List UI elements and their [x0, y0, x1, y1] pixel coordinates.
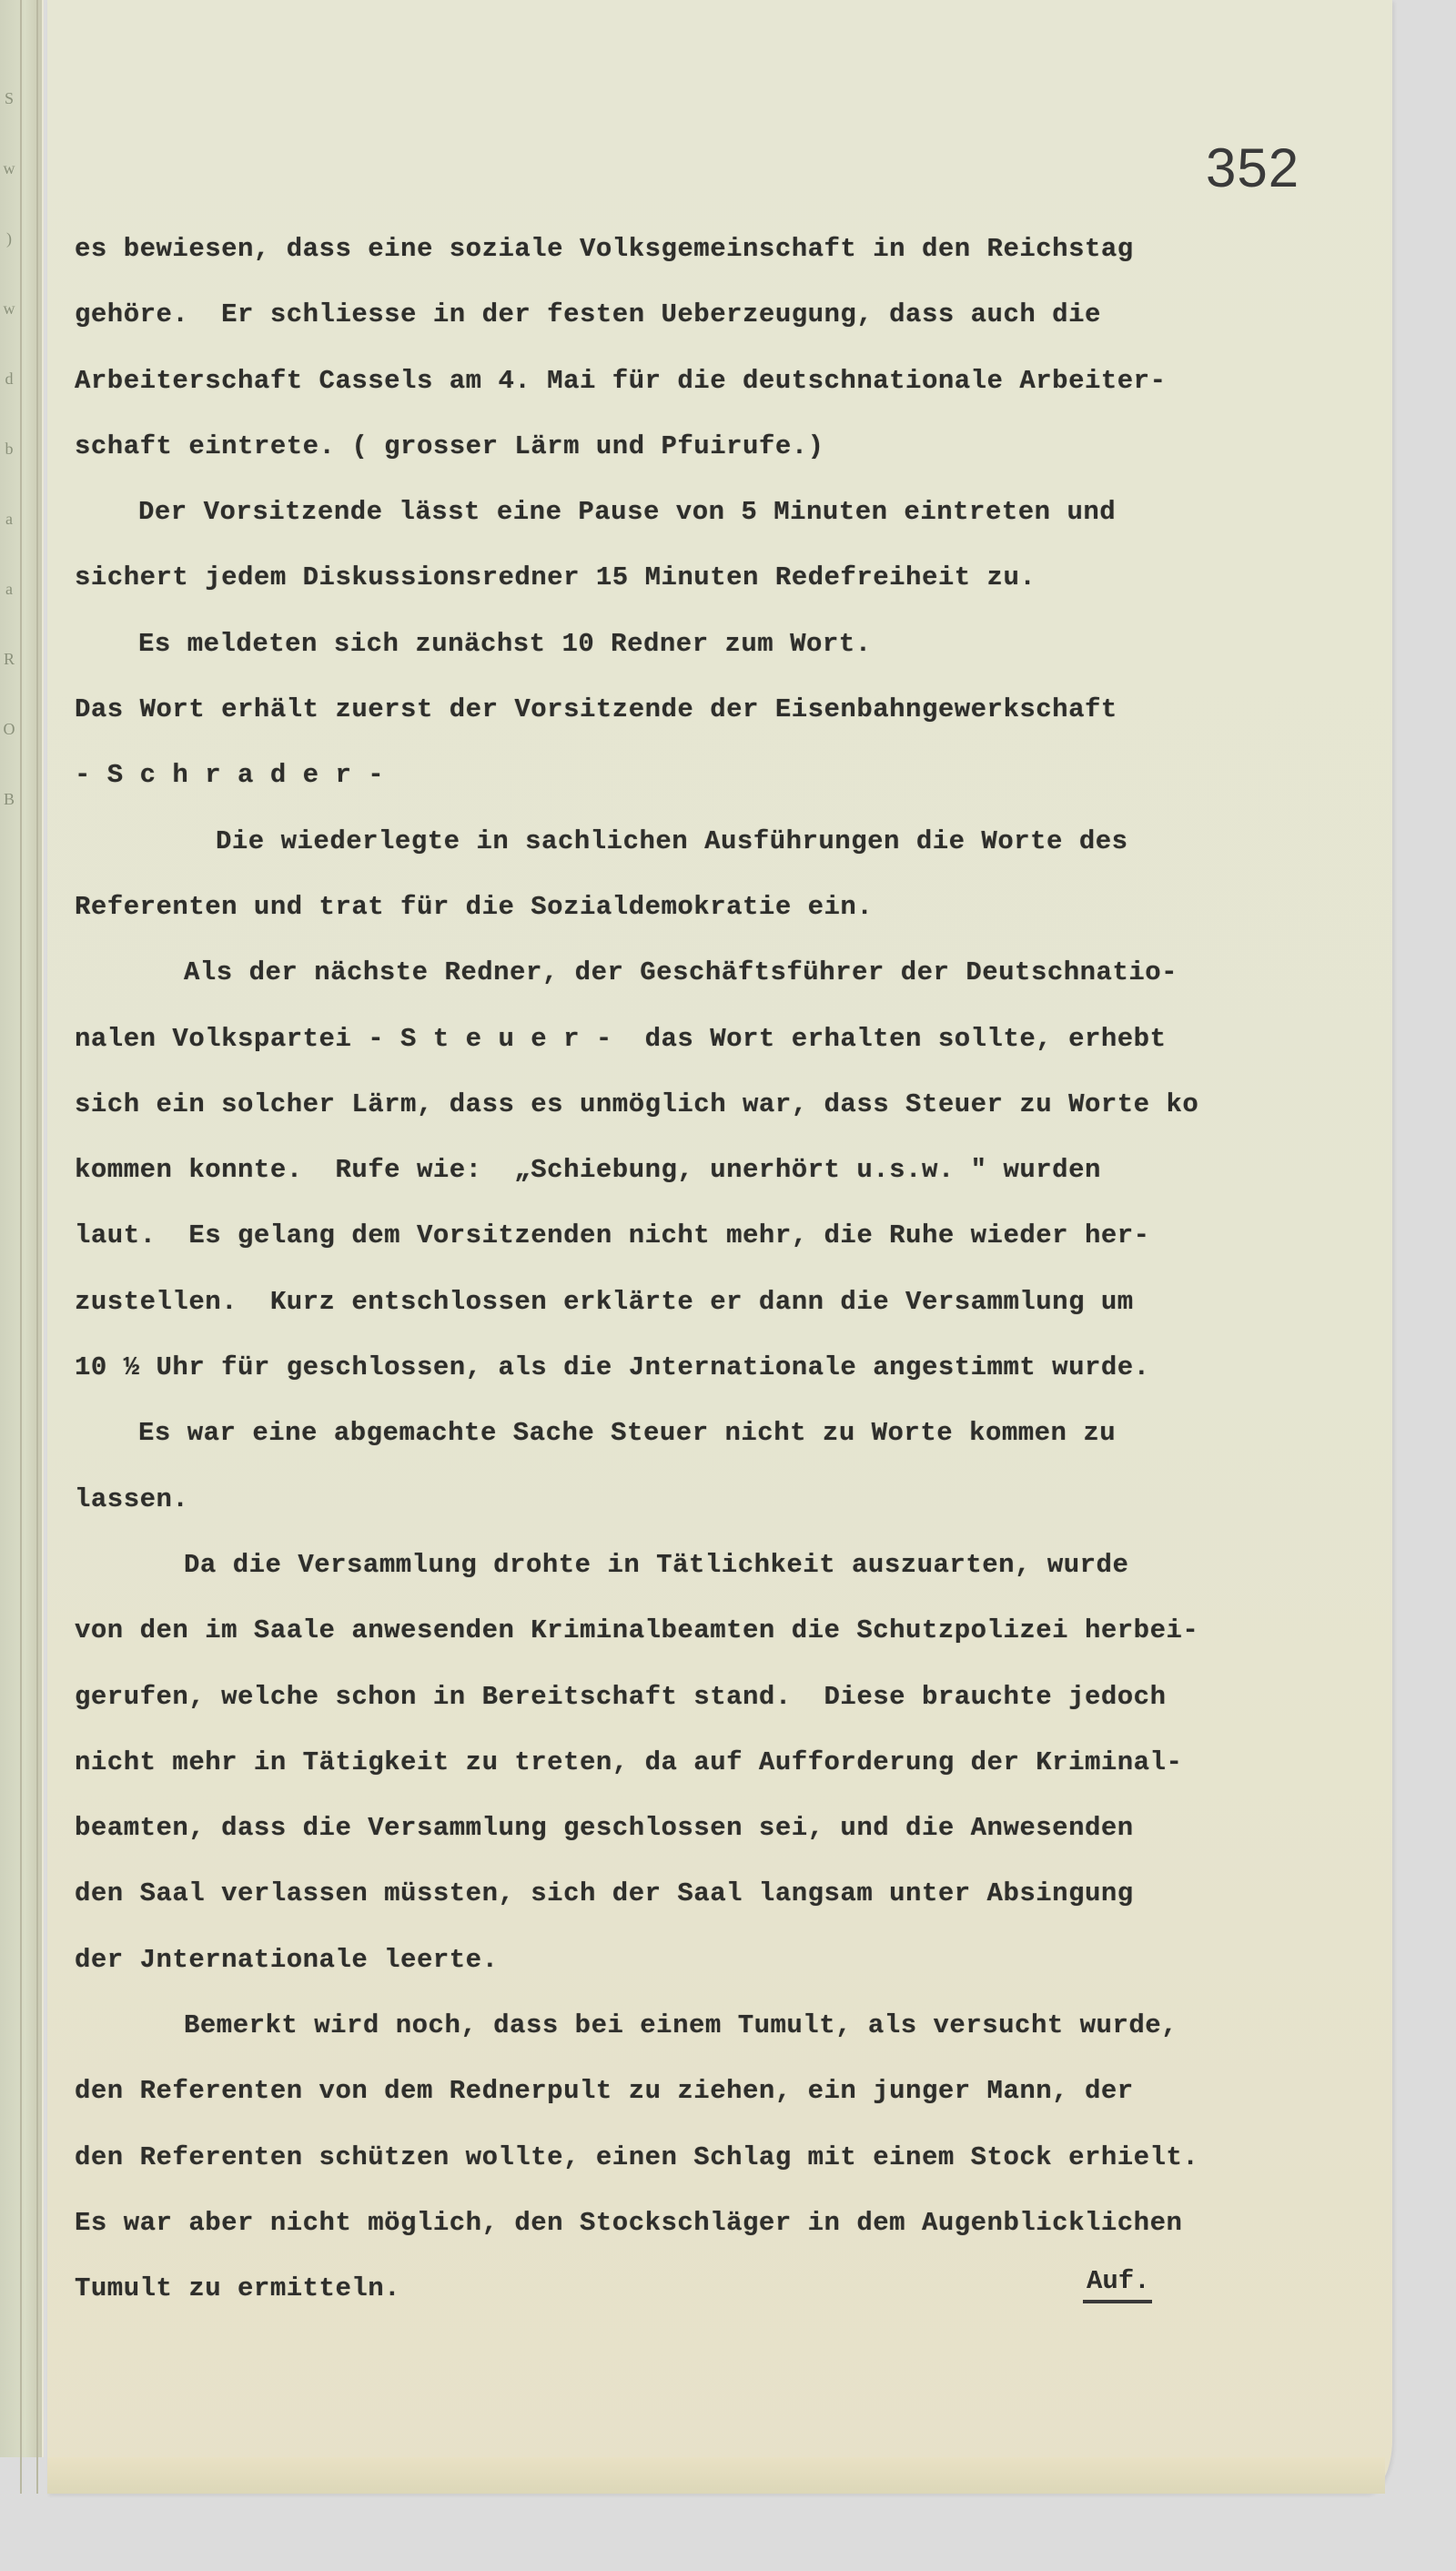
text-line: es bewiesen, dass eine soziale Volksgeme…	[75, 217, 1367, 282]
text-line: 10 ½ Uhr für geschlossen, als die Jntern…	[75, 1335, 1367, 1401]
binder-letter: w	[0, 134, 18, 204]
text-line: lassen.	[75, 1467, 1367, 1533]
text-line: den Referenten schützen wollte, einen Sc…	[75, 2125, 1367, 2191]
spine-line	[36, 0, 38, 2494]
text-line: den Saal verlassen müssten, sich der Saa…	[75, 1861, 1367, 1927]
text-line: nalen Volkspartei - S t e u e r - das Wo…	[75, 1007, 1367, 1072]
text-line: nicht mehr in Tätigkeit zu treten, da au…	[75, 1730, 1367, 1796]
binder-letter: a	[0, 554, 18, 624]
text-line: Die wiederlegte in sachlichen Ausführung…	[75, 809, 1367, 875]
spine-line	[20, 0, 22, 2494]
binder-letter: a	[0, 484, 18, 554]
text-line: gerufen, welche schon in Bereitschaft st…	[75, 1665, 1367, 1730]
text-line: sich ein solcher Lärm, dass es unmöglich…	[75, 1072, 1367, 1138]
text-line: gehöre. Er schliesse in der festen Ueber…	[75, 282, 1367, 348]
text-line: zustellen. Kurz entschlossen erklärte er…	[75, 1270, 1367, 1335]
text-line: Als der nächste Redner, der Geschäftsfüh…	[75, 940, 1367, 1006]
binder-letter: R	[0, 624, 18, 694]
page-number: 352	[1206, 137, 1299, 199]
text-line: Referenten und trat für die Sozialdemokr…	[75, 875, 1367, 940]
text-line: den Referenten von dem Rednerpult zu zie…	[75, 2059, 1367, 2124]
text-line: Es war eine abgemachte Sache Steuer nich…	[75, 1401, 1367, 1466]
text-line: schaft eintrete. ( grosser Lärm und Pfui…	[75, 414, 1367, 480]
binder-letter: O	[0, 694, 18, 764]
text-line: Arbeiterschaft Cassels am 4. Mai für die…	[75, 349, 1367, 414]
text-line: beamten, dass die Versammlung geschlosse…	[75, 1796, 1367, 1861]
binder-letter: )	[0, 204, 18, 274]
signature: Auf.	[1083, 2266, 1152, 2303]
text-line: kommen konnte. Rufe wie: „Schiebung, une…	[75, 1138, 1367, 1203]
text-line: Es meldeten sich zunächst 10 Redner zum …	[75, 612, 1367, 677]
binder-letter: w	[0, 274, 18, 344]
text-line: sichert jedem Diskussionsredner 15 Minut…	[75, 545, 1367, 611]
binder-letter: b	[0, 414, 18, 484]
text-line: - S c h r a d e r -	[75, 743, 1367, 808]
text-line: Da die Versammlung drohte in Tätlichkeit…	[75, 1533, 1367, 1598]
binder-letter: S	[0, 64, 18, 134]
text-line: der Jnternationale leerte.	[75, 1928, 1367, 1993]
text-line: Bemerkt wird noch, dass bei einem Tumult…	[75, 1993, 1367, 2059]
text-line: Es war aber nicht möglich, den Stockschl…	[75, 2191, 1367, 2256]
binder-letter: d	[0, 344, 18, 414]
text-line: Der Vorsitzende lässt eine Pause von 5 M…	[75, 480, 1367, 545]
text-line: laut. Es gelang dem Vorsitzenden nicht m…	[75, 1203, 1367, 1269]
text-line: Das Wort erhält zuerst der Vorsitzende d…	[75, 677, 1367, 743]
text-line: Tumult zu ermitteln.	[75, 2256, 1367, 2322]
binder-margin-letters: Sw)wdbaaROB	[0, 64, 18, 835]
typewritten-body: es bewiesen, dass eine soziale Volksgeme…	[75, 217, 1367, 2323]
binder-letter: B	[0, 764, 18, 835]
text-line: von den im Saale anwesenden Kriminalbeam…	[75, 1598, 1367, 1664]
paper-bottom-edge	[47, 2457, 1385, 2494]
